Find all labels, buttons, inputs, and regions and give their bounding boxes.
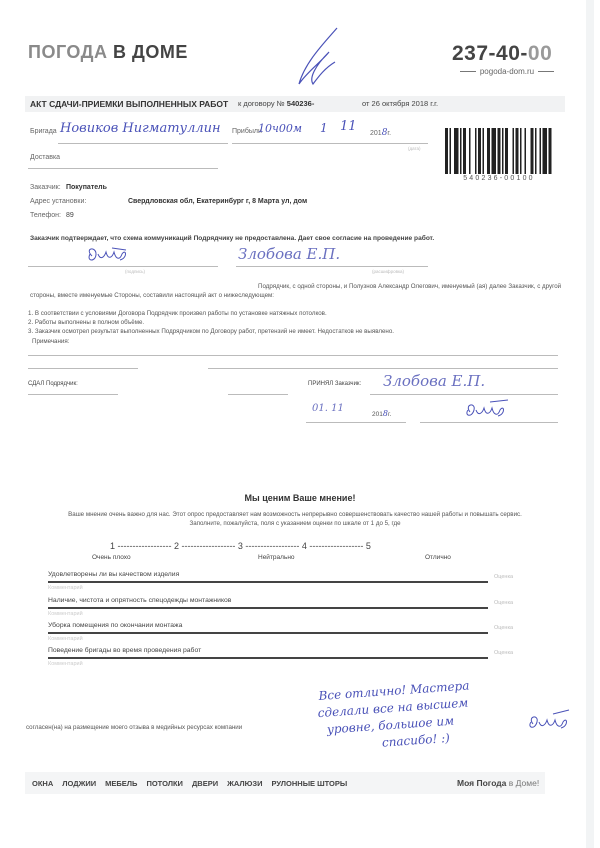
footer-nav: ОКНАЛОДЖИИМЕБЕЛЬПОТОЛКИДВЕРИЖАЛЮЗИРУЛОНН… bbox=[32, 779, 356, 788]
contract-prefix: к договору № bbox=[238, 99, 285, 108]
clause-2: 2. Работы выполнены в полном объёме. bbox=[28, 318, 144, 327]
address-value: Свердловская обл, Екатеринбург г, 8 Март… bbox=[128, 198, 307, 205]
survey-question: Уборка помещения по окончании монтажа bbox=[48, 622, 182, 629]
question-answer-line[interactable] bbox=[48, 607, 488, 609]
logo-text-light: ПОГОДА bbox=[28, 42, 108, 62]
accept-sign-line bbox=[420, 422, 558, 423]
notes-line-2a[interactable] bbox=[28, 368, 138, 369]
customer-value: Покупатель bbox=[66, 184, 107, 191]
accept-date-handwritten[interactable]: 01. 11 bbox=[312, 403, 344, 414]
survey-question: Наличие, чистота и опрятность спецодежды… bbox=[48, 597, 231, 604]
page-edge bbox=[586, 0, 594, 848]
footer-nav-item[interactable]: ДВЕРИ bbox=[192, 779, 218, 788]
score-label[interactable]: Оценка bbox=[494, 600, 513, 606]
footer-nav-item[interactable]: ЛОДЖИИ bbox=[62, 779, 96, 788]
company-logo: ПОГОДА В ДОМЕ bbox=[28, 42, 188, 63]
address-label: Адрес установки: bbox=[30, 198, 86, 205]
company-website[interactable]: pogoda-dom.ru bbox=[452, 67, 562, 76]
customer-signature-icon bbox=[82, 244, 132, 268]
contract-number: 540236- bbox=[287, 99, 315, 108]
question-answer-line[interactable] bbox=[48, 581, 488, 583]
rating-scale: 1 ------------------ 2 -----------------… bbox=[110, 541, 371, 551]
top-signature-icon bbox=[285, 22, 355, 92]
customer-name-handwritten[interactable]: Злобова Е.П. bbox=[238, 245, 340, 263]
question-answer-line[interactable] bbox=[48, 632, 488, 634]
year-prefix: 201 bbox=[370, 130, 382, 137]
arrived-line bbox=[232, 143, 428, 144]
brigade-label: Бригада bbox=[30, 128, 57, 135]
accepted-name-handwritten[interactable]: Злобова Е.П. bbox=[383, 372, 485, 390]
notes-line-1[interactable] bbox=[28, 355, 558, 356]
survey-question: Поведение бригады во время проведения ра… bbox=[48, 647, 201, 654]
score-label[interactable]: Оценка bbox=[494, 650, 513, 656]
brigade-line bbox=[58, 143, 228, 144]
arrived-year: 2018г. bbox=[370, 128, 391, 138]
accept-year-unit: г. bbox=[388, 411, 391, 418]
consent-statement: Заказчик подтверждает, что схема коммуни… bbox=[30, 235, 434, 242]
delivered-sign-line bbox=[228, 394, 288, 395]
accepted-label: ПРИНЯЛ Заказчик: bbox=[308, 381, 361, 387]
comment-label[interactable]: Комментарий bbox=[48, 585, 83, 591]
phone-main: 237-40- bbox=[452, 42, 528, 65]
accept-date-line bbox=[306, 422, 406, 423]
slogan-bold: Моя Погода bbox=[457, 778, 506, 788]
comment-label[interactable]: Комментарий bbox=[48, 661, 83, 667]
accept-year-prefix: 201 bbox=[372, 411, 383, 418]
footer-nav-item[interactable]: РУЛОННЫЕ ШТОРЫ bbox=[271, 779, 347, 788]
document-title: АКТ СДАЧИ-ПРИЕМКИ ВЫПОЛНЕННЫХ РАБОТ bbox=[30, 99, 228, 109]
comment-label[interactable]: Комментарий bbox=[48, 636, 83, 642]
delivery-line bbox=[28, 168, 218, 169]
question-answer-line[interactable] bbox=[48, 657, 488, 659]
parties-line-1: Подрядчик, с одной стороны, и Полузнов А… bbox=[258, 282, 561, 291]
date-caption: (дата) bbox=[408, 146, 421, 151]
act-date: от 26 октября 2018 г.г. bbox=[362, 99, 438, 108]
review-signature-icon bbox=[525, 708, 575, 736]
parties-line-2: стороны, вместе именуемые Стороны, соста… bbox=[30, 291, 274, 300]
brigade-value[interactable]: Новиков Нигматуллин bbox=[60, 121, 221, 136]
clause-1: 1. В соответствии с условиями Договора П… bbox=[28, 309, 327, 318]
handwritten-review[interactable]: Все отлично! Мастера сделали все на высш… bbox=[318, 677, 474, 755]
company-phone: 237-40-00 bbox=[452, 42, 552, 66]
customer-label: Заказчик: bbox=[30, 184, 61, 191]
year-unit: г. bbox=[387, 130, 391, 137]
survey-title: Мы ценим Ваше мнение! bbox=[0, 493, 600, 503]
delivered-line bbox=[28, 394, 118, 395]
scale-mid-label: Нейтрально bbox=[258, 554, 295, 561]
scale-high-label: Отлично bbox=[425, 554, 451, 561]
accepted-line bbox=[370, 394, 558, 395]
logo-text-dark: В ДОМЕ bbox=[113, 42, 188, 62]
arrived-time[interactable]: 10ч00м bbox=[258, 122, 302, 135]
accept-year: 2018г. bbox=[372, 409, 391, 418]
barcode-number: 540236-00100 bbox=[445, 175, 553, 182]
notes-line-2b[interactable] bbox=[208, 368, 558, 369]
arrived-day[interactable]: 1 bbox=[320, 121, 328, 135]
signature-caption: (подпись) bbox=[125, 269, 145, 274]
footer-nav-item[interactable]: МЕБЕЛЬ bbox=[105, 779, 137, 788]
delivery-label: Доставка bbox=[30, 154, 60, 161]
footer-nav-item[interactable]: ОКНА bbox=[32, 779, 53, 788]
delivered-label: СДАЛ Подрядчик: bbox=[28, 381, 78, 387]
contract-reference: к договору № 540236- bbox=[238, 99, 314, 108]
phone-tail: 00 bbox=[528, 42, 552, 65]
survey-intro: Ваше мнение очень важно для нас. Этот оп… bbox=[60, 510, 530, 528]
clause-3: 3. Заказчик осмотрел результат выполненн… bbox=[28, 327, 394, 336]
accept-signature-icon bbox=[462, 398, 512, 424]
scale-low-label: Очень плохо bbox=[92, 554, 131, 561]
footer-slogan: Моя Погода в Доме! bbox=[457, 778, 539, 788]
phone-value: 89 bbox=[66, 212, 74, 219]
score-label[interactable]: Оценка bbox=[494, 625, 513, 631]
comment-label[interactable]: Комментарий bbox=[48, 611, 83, 617]
slogan-light: в Доме! bbox=[509, 778, 539, 788]
survey-question: Удовлетворены ли вы качеством изделия bbox=[48, 571, 179, 578]
footer-nav-item[interactable]: ПОТОЛКИ bbox=[146, 779, 183, 788]
phone-label: Телефон: bbox=[30, 212, 61, 219]
barcode-icon bbox=[445, 128, 553, 174]
footer-nav-item[interactable]: ЖАЛЮЗИ bbox=[227, 779, 262, 788]
arrived-month[interactable]: 11 bbox=[340, 119, 357, 134]
score-label[interactable]: Оценка bbox=[494, 574, 513, 580]
name-line bbox=[236, 266, 428, 267]
name-caption: (расшифровка) bbox=[372, 269, 404, 274]
notes-label: Примечания: bbox=[32, 337, 69, 346]
signature-line bbox=[28, 266, 218, 267]
review-consent-text: согласен(на) на размещение моего отзыва … bbox=[26, 723, 242, 732]
